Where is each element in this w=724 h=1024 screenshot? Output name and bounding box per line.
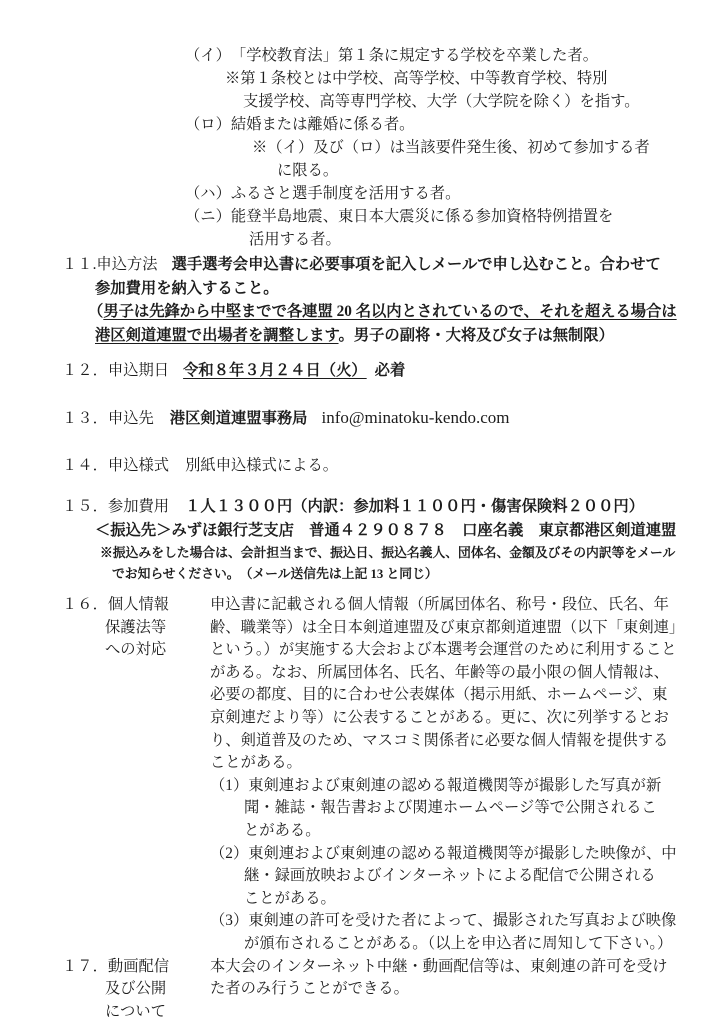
section-17-label-line3: について <box>105 1001 210 1024</box>
section-17-body-line1: 本大会のインターネット中継・動画配信等は、東剣連の許可を受け <box>210 956 696 979</box>
office-name: 港区剣道連盟事務局 <box>170 410 308 427</box>
item-text-ro: 結婚または離婚に係る者。 <box>231 113 415 136</box>
section-11-note-line2: 港区剣道連盟で出場者を調整します。男子の副将・大将及び女子は無制限） <box>95 324 696 348</box>
section-11-label: １１.申込方法 <box>62 256 158 273</box>
section-11-application-method: １１.申込方法選手選考会申込書に必要事項を記入しメールで申し込むこと。合わせて … <box>62 253 696 347</box>
fee-amount: １人１３００円（内訳：参加料１１００円・傷害保険料２００円） <box>185 498 644 515</box>
section-14-label: １４．申込様式 <box>62 457 169 474</box>
item-text-i: 「学校教育法」第１条に規定する学校を卒業した者。 <box>231 44 598 67</box>
section-17-label-column: １７．動画配信 及び公開 について <box>62 956 210 1024</box>
item-ro-note-line2: に限る。 <box>277 159 696 182</box>
deadline-arrival: 必着 <box>375 362 406 379</box>
section-15-participation-fee: １５．参加費用１人１３００円（内訳：参加料１１００円・傷害保険料２００円） ＜振… <box>62 495 696 585</box>
section-13-submit-to: １３．申込先港区剣道連盟事務局info@minatoku-kendo.com <box>62 405 696 432</box>
item-text-ni-line2: 活用する者。 <box>249 228 696 251</box>
section-12-label: １２．申込期日 <box>62 362 169 379</box>
section-14-application-form: １４．申込様式別紙申込様式による。 <box>62 454 696 478</box>
section-16-body-line: 必要の都度、目的に合わせ公表媒体（掲示用紙、ホームページ、東 <box>210 684 696 707</box>
item-text-ni-line1: 能登半島地震、東日本大震災に係る参加資格特例措置を <box>231 205 613 228</box>
disclosure-item-2-marker: （2） <box>210 843 248 866</box>
section-11-heading-line: １１.申込方法選手選考会申込書に必要事項を記入しメールで申し込むこと。合わせて <box>62 253 696 277</box>
disclosure-item-3-line1: 東剣連の許可を受けた者によって、撮影された写真および映像 <box>248 910 676 933</box>
disclosure-item-3: （3） 東剣連の許可を受けた者によって、撮影された写真および映像 <box>210 910 696 933</box>
disclosure-item-2-line1: 東剣連および東剣連の認める報道機関等が撮影した映像が、中 <box>248 843 676 866</box>
deadline-date: 令和８年３月２４日（火） <box>183 362 367 379</box>
section-16-body-column: 申込書に記載される個人情報（所属団体名、称号・段位、氏名、年 齢、職業等）は全日… <box>210 594 696 956</box>
item-marker-ni: （ニ） <box>185 205 231 228</box>
section-12-deadline: １２．申込期日令和８年３月２４日（火）必着 <box>62 359 696 383</box>
section-15-heading-line: １５．参加費用１人１３００円（内訳：参加料１１００円・傷害保険料２００円） <box>62 495 696 519</box>
section-11-text-line1: 選手選考会申込書に必要事項を記入しメールで申し込むこと。合わせて <box>172 256 661 273</box>
email-address: info@minatoku-kendo.com <box>321 408 509 427</box>
eligibility-item-ni: （ニ） 能登半島地震、東日本大震災に係る参加資格特例措置を <box>185 205 696 228</box>
section-14-text: 別紙申込様式による。 <box>185 457 338 474</box>
transfer-note-line1: ※振込みをした場合は、会計担当まで、振込日、振込名義人、団体名、金額及びその内訳… <box>100 543 696 564</box>
disclosure-item-2-line2: 継・録画放映およびインターネットによる配信で公開される <box>244 865 696 888</box>
disclosure-item-1: （1） 東剣連および東剣連の認める報道機関等が撮影した写真が新 <box>210 775 696 798</box>
section-16-body-line: り、剣道普及のため、マスコミ関係者に必要な個人情報を提供する <box>210 730 696 753</box>
section-16-label-line1: １６．個人情報 <box>62 594 210 617</box>
document-page: （イ） 「学校教育法」第１条に規定する学校を卒業した者。 ※第１条校とは中学校、… <box>0 0 724 1023</box>
section-16-body-line: ことがある。 <box>210 752 696 775</box>
section-15-label: １５．参加費用 <box>62 498 169 515</box>
section-11-underlined-line2: 港区剣道連盟で出場者を調整します <box>95 327 339 344</box>
section-17-label-line2: 及び公開 <box>105 978 210 1001</box>
section-11-note-line1: （男子は先鋒から中堅までで各連盟 20 名以内とされているので、それを超える場合… <box>88 300 696 324</box>
item-marker-ro: （ロ） <box>185 113 231 136</box>
section-16-label-line3: への対応 <box>105 639 210 662</box>
section-17-label-line1: １７．動画配信 <box>62 956 210 979</box>
section-16-label-line2: 保護法等 <box>105 617 210 640</box>
disclosure-item-1-line1: 東剣連および東剣連の認める報道機関等が撮影した写真が新 <box>248 775 661 798</box>
eligibility-item-ro: （ロ） 結婚または離婚に係る者。 <box>185 113 696 136</box>
section-11-underlined-line1: 男子は先鋒から中堅までで各連盟 20 名以内とされているので、それを超える場合は <box>103 303 676 320</box>
section-16-label-column: １６．個人情報 保護法等 への対応 <box>62 594 210 956</box>
disclosure-item-2: （2） 東剣連および東剣連の認める報道機関等が撮影した映像が、中 <box>210 843 696 866</box>
section-16-body-line: がある。なお、所属団体名、氏名、年齢等の最小限の個人情報は、 <box>210 662 696 685</box>
item-marker-i: （イ） <box>185 44 231 67</box>
section-16-personal-info: １６．個人情報 保護法等 への対応 申込書に記載される個人情報（所属団体名、称号… <box>62 594 696 956</box>
section-17-body-line2: た者のみ行うことができる。 <box>210 978 696 1001</box>
disclosure-item-1-line2: 聞・雑誌・報告書および関連ホームページ等で公開されるこ <box>244 797 696 820</box>
disclosure-item-1-line3: とがある。 <box>244 820 696 843</box>
paren-open: （ <box>88 303 103 320</box>
eligibility-item-ha: （ハ） ふるさと選手制度を活用する者。 <box>185 182 696 205</box>
section-17-video-streaming: １７．動画配信 及び公開 について 本大会のインターネット中継・動画配信等は、東… <box>62 956 696 1024</box>
section-16-body-line: という。）が実施する大会および本選考会運営のために利用すること <box>210 639 696 662</box>
item-i-note-line2: 支援学校、高等専門学校、大学（大学院を除く）を指す。 <box>243 90 696 113</box>
section-17-body-column: 本大会のインターネット中継・動画配信等は、東剣連の許可を受け た者のみ行うことが… <box>210 956 696 1024</box>
section-16-body-line: 齢、職業等）は全日本剣道連盟及び東京都剣道連盟（以下「東剣連」 <box>210 617 696 640</box>
disclosure-item-1-marker: （1） <box>210 775 248 798</box>
item-marker-ha: （ハ） <box>185 182 231 205</box>
transfer-note-line2: でお知らせください。 （メール送信先は上記 13 と同じ） <box>112 564 696 585</box>
disclosure-item-2-line3: ことがある。 <box>244 888 696 911</box>
disclosure-item-3-line2: が頒布されることがある。（以上を申込者に周知して下さい。） <box>244 933 696 956</box>
section-16-body-line: 申込書に記載される個人情報（所属団体名、称号・段位、氏名、年 <box>210 594 696 617</box>
eligibility-item-i: （イ） 「学校教育法」第１条に規定する学校を卒業した者。 <box>185 44 696 67</box>
eligibility-list: （イ） 「学校教育法」第１条に規定する学校を卒業した者。 ※第１条校とは中学校、… <box>185 44 696 251</box>
disclosure-item-3-marker: （3） <box>210 910 248 933</box>
section-16-body-line: 京剣連だより等）に公表することがある。更に、次に列挙するとお <box>210 707 696 730</box>
section-13-label: １３．申込先 <box>62 410 154 427</box>
item-ro-note-line1: ※（イ）及び（ロ）は当該要件発生後、初めて参加する者 <box>252 136 696 159</box>
section-11-note-tail: 。男子の副将・大将及び女子は無制限） <box>339 327 614 344</box>
bank-transfer-info: ＜振込先＞みずほ銀行芝支店 普通４２９０８７８ 口座名義 東京都港区剣道連盟 <box>95 519 696 543</box>
item-i-note-line1: ※第１条校とは中学校、高等学校、中等教育学校、特別 <box>225 67 696 90</box>
section-11-text-line2: 参加費用を納入すること。 <box>95 277 696 301</box>
item-text-ha: ふるさと選手制度を活用する者。 <box>231 182 460 205</box>
